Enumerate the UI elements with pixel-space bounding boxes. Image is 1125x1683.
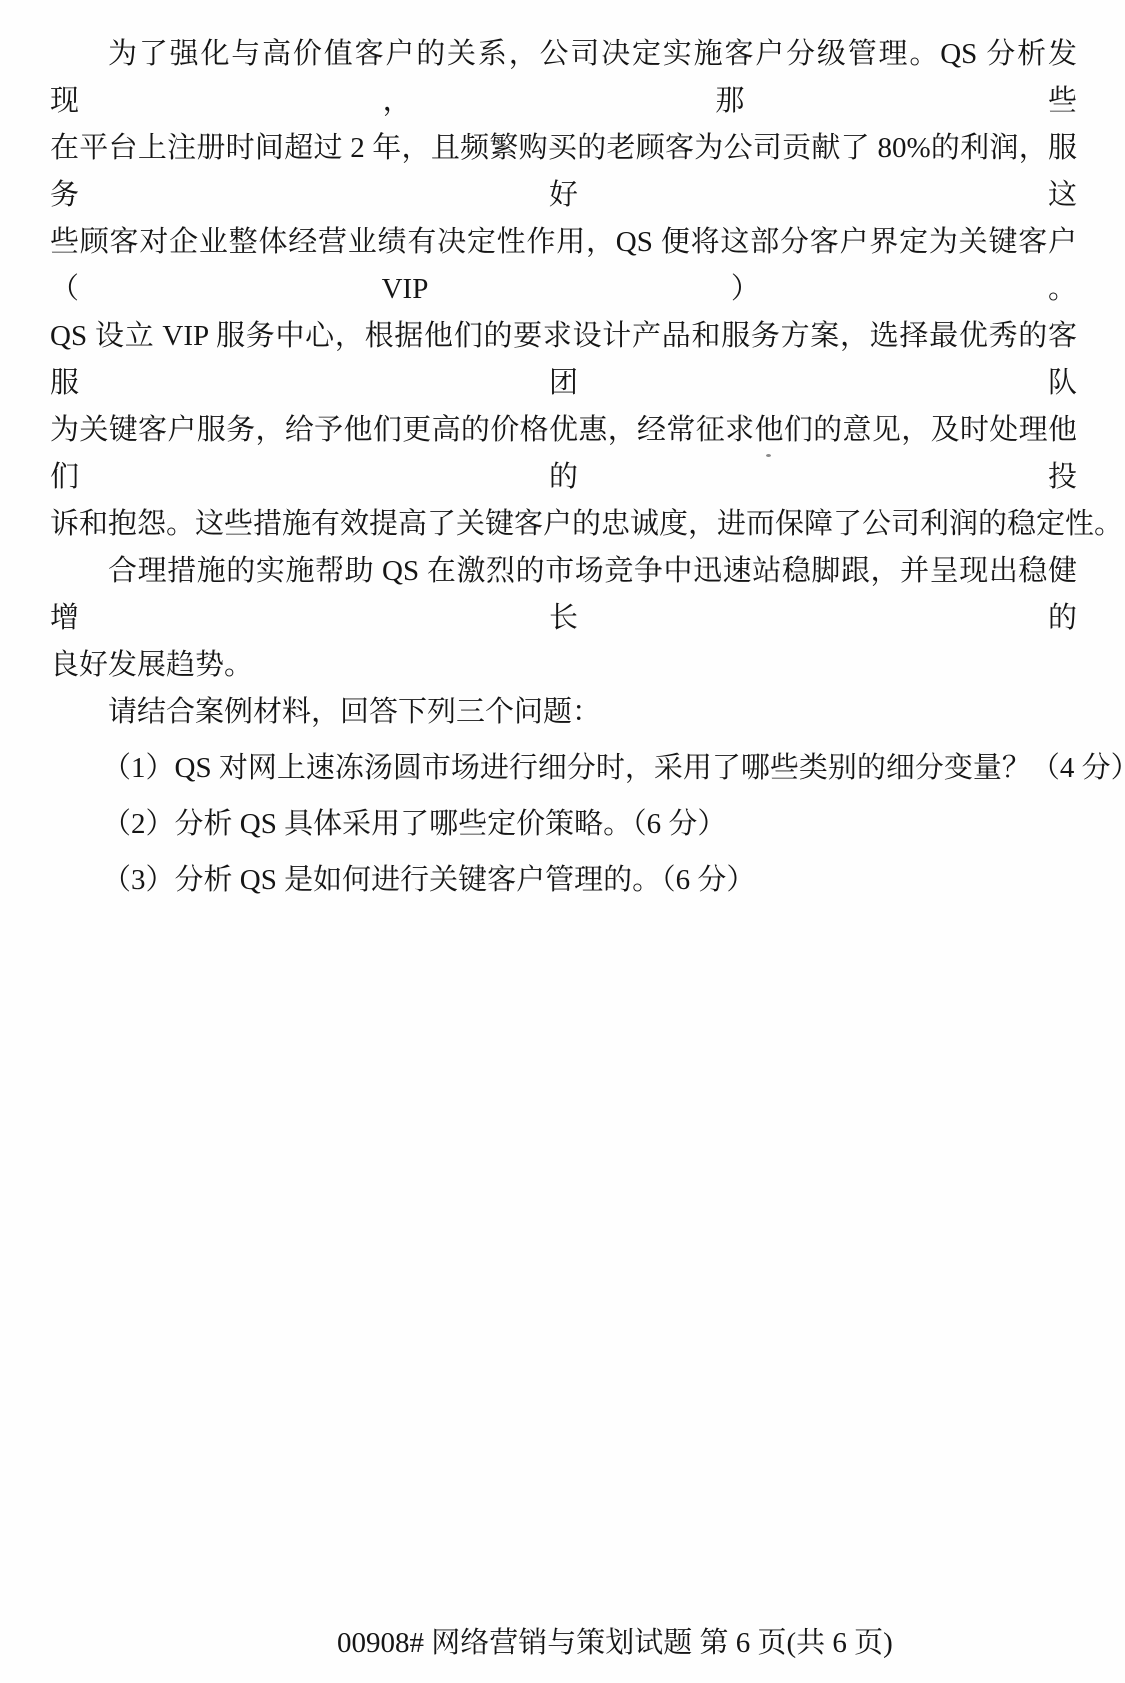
paragraph-line: 在平台上注册时间超过 2 年，且频繁购买的老顾客为公司贡献了 80%的利润，服务… <box>50 125 1077 219</box>
question-3: （3）分析 QS 是如何进行关键客户管理的。（6 分） <box>50 857 1077 904</box>
paragraph-line: 诉和抱怨。这些措施有效提高了关键客户的忠诚度，进而保障了公司利润的稳定性。 <box>50 501 1077 548</box>
paragraph-line: 请结合案例材料，回答下列三个问题： <box>50 689 1077 736</box>
page-footer: 00908# 网络营销与策划试题 第 6 页(共 6 页) <box>337 1627 893 1659</box>
case-text-block: 为了强化与高价值客户的关系，公司决定实施客户分级管理。QS 分析发现，那些 在平… <box>50 31 1077 904</box>
paragraph-line: 些顾客对企业整体经营业绩有决定性作用，QS 便将这部分客户界定为关键客户（VIP… <box>50 219 1077 313</box>
paragraph-line: 为了强化与高价值客户的关系，公司决定实施客户分级管理。QS 分析发现，那些 <box>50 31 1077 125</box>
case-paragraph-1: 为了强化与高价值客户的关系，公司决定实施客户分级管理。QS 分析发现，那些 在平… <box>50 31 1077 548</box>
question-1: （1）QS 对网上速冻汤圆市场进行细分时，采用了哪些类别的细分变量？（4 分） <box>50 745 1077 792</box>
exam-page: 为了强化与高价值客户的关系，公司决定实施客户分级管理。QS 分析发现，那些 在平… <box>0 0 1125 1683</box>
paragraph-line: QS 设立 VIP 服务中心，根据他们的要求设计产品和服务方案，选择最优秀的客服… <box>50 313 1077 407</box>
scan-speck <box>766 454 771 457</box>
question-2: （2）分析 QS 具体采用了哪些定价策略。（6 分） <box>50 801 1077 848</box>
paragraph-line: 合理措施的实施帮助 QS 在激烈的市场竞争中迅速站稳脚跟，并呈现出稳健增长的 <box>50 548 1077 642</box>
paragraph-line: 为关键客户服务，给予他们更高的价格优惠，经常征求他们的意见，及时处理他们的投 <box>50 407 1077 501</box>
case-paragraph-2: 合理措施的实施帮助 QS 在激烈的市场竞争中迅速站稳脚跟，并呈现出稳健增长的 良… <box>50 548 1077 689</box>
questions-prompt: 请结合案例材料，回答下列三个问题： <box>50 689 1077 736</box>
paragraph-line: 良好发展趋势。 <box>50 642 1077 689</box>
